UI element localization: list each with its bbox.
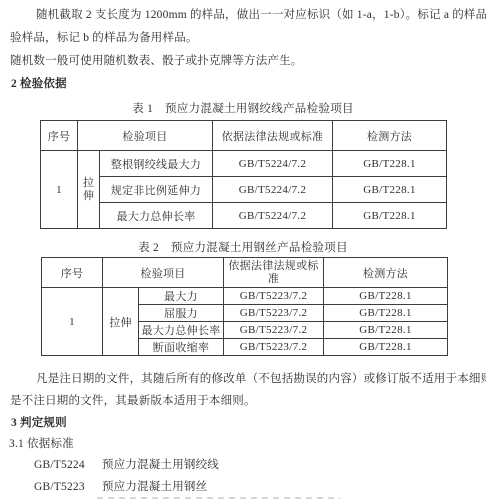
table1-item-cell: 最大力总伸长率 [100, 203, 213, 229]
table1-row: 规定非比例延伸力 GB/T5224/7.2 GB/T228.1 [41, 177, 447, 203]
standard-entry: GB/T5223预应力混凝土用钢丝 [34, 481, 207, 494]
table2-basis-cell: GB/T5223/7.2 [224, 305, 324, 322]
standard-entry: GB/T5224预应力混凝土用钢绞线 [34, 459, 219, 472]
table2-item-cell: 最大力 [139, 288, 224, 305]
standard-code: GB/T5223 [34, 481, 86, 494]
standard-name: 预应力混凝土用钢丝 [102, 481, 207, 494]
table2-basis-cell: GB/T5223/7.2 [224, 339, 324, 356]
table1-method-cell: GB/T228.1 [333, 151, 447, 177]
table2-header-item: 检验项目 [103, 258, 224, 288]
table1-header-seq: 序号 [41, 121, 78, 151]
table1-header-row: 序号 检验项目 依据法律法规或标准 检测方法 [41, 121, 447, 151]
table1-header-method: 检测方法 [333, 121, 447, 151]
table2-header-row: 序号 检验项目 依据法律法规或标准 检测方法 [42, 258, 448, 288]
subsection-heading-basis-standards: 3.1 依据标准 [9, 438, 74, 451]
table2-header-basis: 依据法律法规或标准 [224, 258, 324, 288]
standard-name: 预应力混凝土用钢绞线 [102, 459, 219, 472]
paragraph-dated-documents-line1: 凡是注日期的文件，其随后所有的修改单（不包括勘误的内容）或修订版不适用于本细则。… [36, 373, 486, 386]
table1-header-item: 检验项目 [78, 121, 213, 151]
standard-code: GB/T5224 [34, 459, 86, 472]
table1-item-cell: 规定非比例延伸力 [100, 177, 213, 203]
table1-strand-inspection-items: 序号 检验项目 依据法律法规或标准 检测方法 1 拉伸 整根钢绞线最大力 GB/… [40, 120, 447, 229]
table1-group-cell: 拉伸 [78, 151, 100, 229]
table1-group-label: 拉伸 [83, 177, 95, 203]
table2-method-cell: GB/T228.1 [324, 322, 448, 339]
table1-method-cell: GB/T228.1 [333, 177, 447, 203]
table1-basis-cell: GB/T5224/7.2 [213, 151, 333, 177]
table2-row: 1 拉伸 最大力 GB/T5223/7.2 GB/T228.1 [42, 288, 448, 305]
table2-basis-cell: GB/T5223/7.2 [224, 288, 324, 305]
table2-group-cell: 拉伸 [103, 288, 139, 356]
section-heading-judgment-rules: 3 判定规则 [11, 417, 67, 430]
table2-wire-inspection-items: 序号 检验项目 依据法律法规或标准 检测方法 1 拉伸 最大力 GB/T5223… [41, 257, 448, 356]
table2-header-method: 检测方法 [324, 258, 448, 288]
paragraph-dated-documents-line2: 是不注日期的文件，其最新版本适用于本细则。 [10, 395, 256, 408]
table1-basis-cell: GB/T5224/7.2 [213, 177, 333, 203]
table2-item-cell: 最大力总伸长率 [139, 322, 224, 339]
table2-item-cell: 断面收缩率 [139, 339, 224, 356]
paragraph-sampling-line2: 验样品，标记 b 的样品为备用样品。 [10, 32, 198, 45]
paragraph-random-number: 随机数一般可使用随机数表、骰子或扑克牌等方法产生。 [10, 55, 303, 68]
table2-seq-cell: 1 [42, 288, 103, 356]
document-page: 随机截取 2 支长度为 1200mm 的样品，做出一一对应标识（如 1-a，1-… [0, 0, 486, 500]
table1-row: 最大力总伸长率 GB/T5224/7.2 GB/T228.1 [41, 203, 447, 229]
table1-seq-cell: 1 [41, 151, 78, 229]
table1-header-basis: 依据法律法规或标准 [213, 121, 333, 151]
table1-caption: 表 1 预应力混凝土用钢绞线产品检验项目 [0, 100, 486, 116]
table2-header-seq: 序号 [42, 258, 103, 288]
table1-item-cell: 整根钢绞线最大力 [100, 151, 213, 177]
table2-method-cell: GB/T228.1 [324, 305, 448, 322]
table2-caption: 表 2 预应力混凝土用钢丝产品检验项目 [0, 239, 486, 255]
table1-method-cell: GB/T228.1 [333, 203, 447, 229]
table2-item-cell: 屈服力 [139, 305, 224, 322]
table1-row: 1 拉伸 整根钢绞线最大力 GB/T5224/7.2 GB/T228.1 [41, 151, 447, 177]
section-heading-inspection-basis: 2 检验依据 [11, 78, 67, 91]
paragraph-sampling-line1: 随机截取 2 支长度为 1200mm 的样品，做出一一对应标识（如 1-a，1-… [36, 9, 486, 22]
table2-basis-cell: GB/T5223/7.2 [224, 322, 324, 339]
table1-basis-cell: GB/T5224/7.2 [213, 203, 333, 229]
cutoff-line-remnant [97, 497, 340, 499]
table2-method-cell: GB/T228.1 [324, 288, 448, 305]
table2-method-cell: GB/T228.1 [324, 339, 448, 356]
